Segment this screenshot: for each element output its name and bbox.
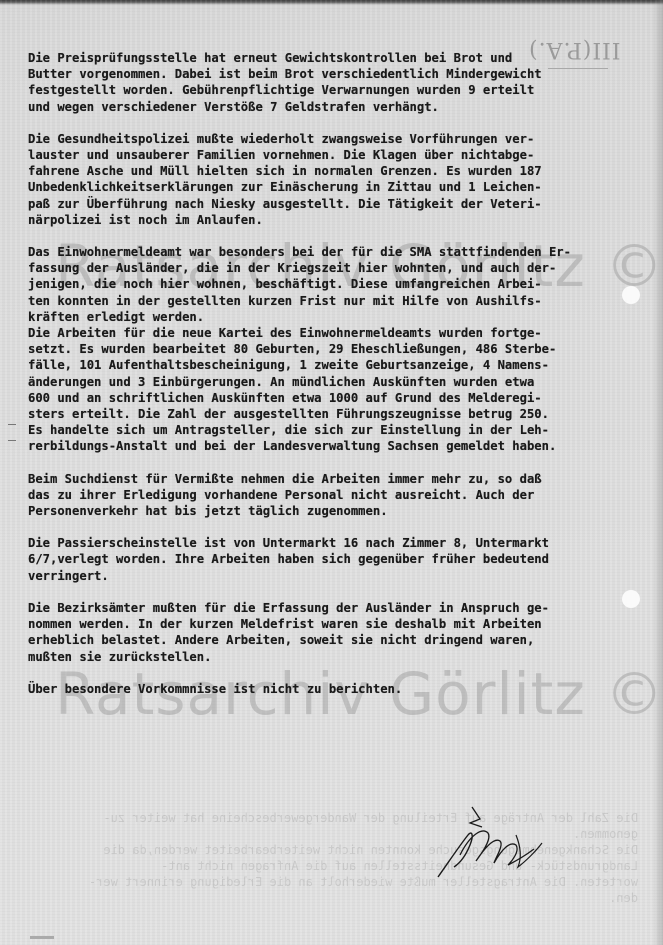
text-line: Die Bezirksämter mußten für die Erfassun… (28, 600, 638, 616)
text-line: jenigen, die noch hier wohnen, beschäfti… (28, 276, 638, 292)
text-line: Unbedenklichkeitserklärungen zur Einäsch… (28, 179, 638, 195)
text-line: Die Preisprüfungsstelle hat erneut Gewic… (28, 50, 638, 66)
text-line: verringert. (28, 568, 638, 584)
text-line: ten konnten in der gestellten kurzen Fri… (28, 293, 638, 309)
text-line: und wegen verschiedener Verstöße 7 Gelds… (28, 99, 638, 115)
text-line: nommen werden. In der kurzen Meldefrist … (28, 616, 638, 632)
text-line: fahrene Asche und Müll hielten sich in n… (28, 163, 638, 179)
text-line: Die Gesundheitspolizei mußte wiederholt … (28, 131, 638, 147)
paragraph: Über besondere Vorkommnisse ist nicht zu… (28, 681, 638, 697)
paragraph: Die Gesundheitspolizei mußte wiederholt … (28, 131, 638, 228)
text-line: erheblich belastet. Andere Arbeiten, sow… (28, 632, 638, 648)
text-line: Die Passierscheinstelle ist von Untermar… (28, 535, 638, 551)
text-line: Butter vorgenommen. Dabei ist beim Brot … (28, 66, 638, 82)
text-line: rerbildungs-Anstalt und bei der Landesve… (28, 438, 638, 454)
margin-mark (8, 424, 16, 425)
text-line: das zu ihrer Erledigung vorhandene Perso… (28, 487, 638, 503)
typewritten-report-body: Die Preisprüfungsstelle hat erneut Gewic… (28, 50, 638, 713)
text-line: närpolizei ist noch im Anlaufen. (28, 212, 638, 228)
text-line: fassung der Ausländer, die in der Kriegs… (28, 260, 638, 276)
text-line: Über besondere Vorkommnisse ist nicht zu… (28, 681, 638, 697)
paragraph: Die Preisprüfungsstelle hat erneut Gewic… (28, 50, 638, 115)
text-line: paß zur Überführung nach Niesky ausgeste… (28, 196, 638, 212)
text-line: Personenverkehr hat bis jetzt täglich zu… (28, 503, 638, 519)
signature-icon (430, 805, 550, 880)
text-line: Es handelte sich um Antragsteller, die s… (28, 422, 638, 438)
paragraph: Das Einwohnermeldeamt war besonders bei … (28, 244, 638, 325)
text-line: setzt. Es wurden bearbeitet 80 Geburten,… (28, 341, 638, 357)
text-line: 600 und an schriftlichen Auskünften etwa… (28, 390, 638, 406)
paragraph: Die Passierscheinstelle ist von Untermar… (28, 535, 638, 584)
text-line: änderungen und 3 Einbürgerungen. An münd… (28, 374, 638, 390)
text-line: fälle, 101 Aufenthaltsbescheinigung, 1 z… (28, 357, 638, 373)
punch-hole (622, 590, 640, 608)
paragraph: Die Bezirksämter mußten für die Erfassun… (28, 600, 638, 665)
text-line: lauster und unsauberer Familien vornehme… (28, 147, 638, 163)
margin-mark (8, 440, 16, 441)
text-line: 6/7,verlegt worden. Ihre Arbeiten haben … (28, 551, 638, 567)
scanned-document-page: Die Zahl der Anträge auf Erteilung der W… (0, 0, 663, 945)
paragraph: Die Arbeiten für die neue Kartei des Ein… (28, 325, 638, 455)
smudge (30, 936, 54, 939)
text-line: Das Einwohnermeldeamt war besonders bei … (28, 244, 638, 260)
text-line: Beim Suchdienst für Vermißte nehmen die … (28, 471, 638, 487)
paragraph: Beim Suchdienst für Vermißte nehmen die … (28, 471, 638, 520)
text-line: festgestellt worden. Gebührenpflichtige … (28, 82, 638, 98)
text-line: sters erteilt. Die Zahl der ausgestellte… (28, 406, 638, 422)
text-line: mußten sie zurückstellen. (28, 649, 638, 665)
punch-hole (622, 286, 640, 304)
text-line: kräften erledigt werden. (28, 309, 638, 325)
text-line: Die Arbeiten für die neue Kartei des Ein… (28, 325, 638, 341)
